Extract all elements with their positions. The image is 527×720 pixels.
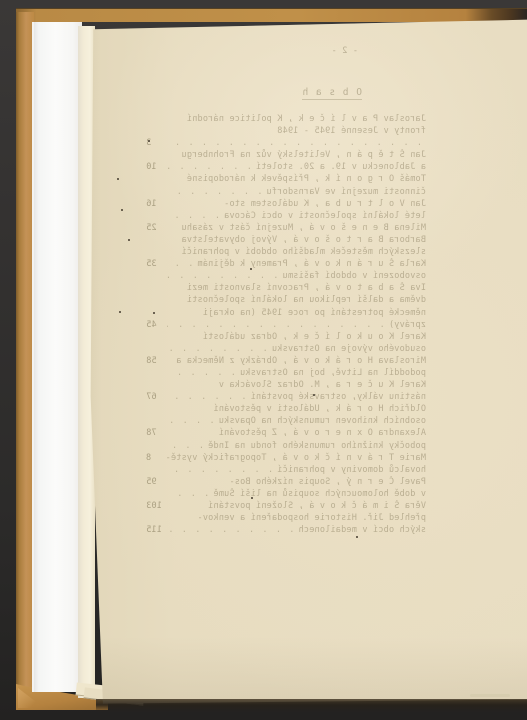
toc-entry-text: Karel K u č e r a , M. Odraz Slovácka v xyxy=(219,379,426,391)
toc-line: a Jablonecku v 19. a 20. století. . . . … xyxy=(146,161,426,173)
toc-entry-text: činnosti muzejní ve Varnsdorfu xyxy=(266,186,426,198)
toc-line: osobních knihoven rumunských na Opavsku.… xyxy=(146,415,426,427)
ink-speck xyxy=(148,140,150,142)
toc-line: nástinu války, ostravské povstání. . . .… xyxy=(146,391,426,403)
toc-entry-text: osobních knihoven rumunských na Opavsku xyxy=(219,415,426,427)
toc-line: zprávy). . . . . . . . . . . . . . . . .… xyxy=(146,319,426,331)
ink-speck xyxy=(153,312,155,314)
toc-line: pobočky knižního rumunského fondu na Ind… xyxy=(146,440,426,452)
toc-entry-text: německé potrestání po roce 1945 (na okra… xyxy=(203,307,426,319)
toc-entry-text: Jan V o l t r u b a , K událostem sto- xyxy=(224,198,426,210)
leader-dots: . . . . . . . . . . . . . . . . . . . . … xyxy=(167,210,220,222)
leader-dots: . . . . . . . . . . . . . . . . . . . . … xyxy=(167,186,262,198)
toc-entry-text: Oldřich H o r á k , Události v pěstování xyxy=(213,403,426,415)
leader-dots: . . . . . . . . . . . . . . . . . . . . … xyxy=(167,391,247,403)
toc-entry-text: Miroslava H o r á k o v á , Obrázky z Ně… xyxy=(176,355,426,367)
toc-line: Iva Š a b a t o v á , Pracovní slavnosti… xyxy=(146,282,426,294)
ink-speck xyxy=(356,536,358,538)
toc-entry-text: Barbora B a r t o š o v á , Vývoj obyvat… xyxy=(181,234,426,246)
bleedthrough-text-block: - 2 - O b s a h Jaroslav P a v l í č e k… xyxy=(146,46,426,536)
toc-entry-text: dvěma a další replikou na lokální společ… xyxy=(187,294,426,306)
toc-entry-text: přehled Jiř. Historie hospodaření a venk… xyxy=(197,512,426,524)
toc-line: Jan Š t ě p á n , Velitelský vůz na Froh… xyxy=(146,149,426,161)
ink-speck xyxy=(121,209,123,211)
toc-line: činnosti muzejní ve Varnsdorfu. . . . . … xyxy=(146,186,426,198)
toc-entry-text: hovalců domoviny v pohraničí xyxy=(277,464,426,476)
toc-page-number: 95 xyxy=(146,476,164,488)
toc-entry-text: Karel K o u k o l í č e k , Odraz událos… xyxy=(203,331,426,343)
toc-line: . . . . . . . . . . . . . . . . . . . . … xyxy=(146,137,426,149)
folio-page-number: - 2 - xyxy=(298,46,358,58)
toc-page-number: 25 xyxy=(146,222,164,234)
toc-page-number: 58 xyxy=(146,355,164,367)
toc-entry-text: v době holomoucných soupisů na liší Šumě xyxy=(213,488,426,500)
toc-line: Jaroslav P a v l í č e k , K politice ná… xyxy=(146,113,426,125)
book-cover-top-edge xyxy=(16,8,527,22)
toc-entry-text: Milena B e n e š o v á , Muzejní část v … xyxy=(181,222,426,234)
toc-line: Marie T r á v n í č k o v á , Topografic… xyxy=(146,452,426,464)
toc-page-number: 16 xyxy=(146,198,164,210)
toc-entry-text: fronty v Jesenné 1945 - 1948 xyxy=(277,125,426,137)
page-bottom-shadow xyxy=(96,699,527,712)
ink-speck xyxy=(119,311,121,313)
toc-page-number: 35 xyxy=(146,258,164,270)
toc-line: pododdíl na Litvě, boj na Ostravsku. . .… xyxy=(146,367,426,379)
toc-entry-text: Pavel Č e r n ý , Soupis nízkého Bos- xyxy=(229,476,426,488)
ink-speck xyxy=(251,497,253,499)
toc-line: Karla Š u r á n k o v á , Prameny k ději… xyxy=(146,258,426,270)
leader-dots: . . . . . . . . . . . . . . . . . . . . … xyxy=(167,367,236,379)
toc-line: Karel K o u k o l í č e k , Odraz událos… xyxy=(146,331,426,343)
toc-line: fronty v Jesenné 1945 - 1948. . . . . . … xyxy=(146,125,426,137)
leader-dots: . . . . . . . . . . . . . . . . . . . . … xyxy=(167,464,273,476)
toc-line: Alexandra O x n e r o v á , Z pěstování.… xyxy=(146,427,426,439)
toc-line: přehled Jiř. Historie hospodaření a venk… xyxy=(146,512,426,524)
toc-line: hovalců domoviny v pohraničí. . . . . . … xyxy=(146,464,426,476)
toc-line: Oldřich H o r á k , Události v pěstování… xyxy=(146,403,426,415)
toc-line-list: Jaroslav P a v l í č e k , K politice ná… xyxy=(146,113,426,536)
toc-entry-text: nástinu války, ostravské povstání xyxy=(251,391,426,403)
toc-entry-text: Karla Š u r á n k o v á , Prameny k ději… xyxy=(197,258,426,270)
toc-page-number: 3 xyxy=(146,137,164,149)
toc-entry-text: Tomáš O r g o n í k , Příspěvek k národo… xyxy=(187,173,426,185)
toc-line: Miroslava H o r á k o v á , Obrázky z Ně… xyxy=(146,355,426,367)
toc-page-number: 45 xyxy=(146,319,164,331)
contents-heading: O b s a h xyxy=(302,87,362,100)
toc-page-number: 67 xyxy=(146,391,164,403)
toc-page-number: 10 xyxy=(146,161,164,173)
toc-page-number: 103 xyxy=(146,500,164,512)
toc-page-number: 89 xyxy=(146,452,158,464)
toc-line: Jan V o l t r u b a , K událostem sto-. … xyxy=(146,198,426,210)
toc-page-number: 78 xyxy=(146,427,164,439)
toc-entry-text: Věra Š i m á č k o v á , Složení povstán… xyxy=(208,500,426,512)
page-bottom-edge-highlight xyxy=(470,694,510,697)
leader-dots: . . . . . . . . . . . . . . . . . . . . … xyxy=(167,415,215,427)
toc-entry-text: osvobození v období fašismu xyxy=(282,270,426,282)
toc-entry-text: zprávy) xyxy=(389,319,426,331)
toc-page-number: 115 xyxy=(146,524,164,536)
toc-line: Věra Š i m á č k o v á , Složení povstán… xyxy=(146,500,426,512)
toc-line: německé potrestání po roce 1945 (na okra… xyxy=(146,307,426,319)
toc-entry-text: slezských městeček mladšího období v poh… xyxy=(181,246,426,258)
ink-speck xyxy=(250,268,252,270)
white-flyleaf-page-edge xyxy=(32,22,82,692)
scanned-book-photo: - 2 - O b s a h Jaroslav P a v l í č e k… xyxy=(0,0,527,720)
toc-entry-text: Jan Š t ě p á n , Velitelský vůz na Froh… xyxy=(181,149,426,161)
ink-speck xyxy=(128,239,130,241)
toc-line: slezských městeček mladšího období v poh… xyxy=(146,246,426,258)
leader-dots: . . . . . . . . . . . . . . . . . . . . … xyxy=(167,137,422,149)
toc-line: Barbora B a r t o š o v á , Vývoj obyvat… xyxy=(146,234,426,246)
leader-dots: . . . . . . . . . . . . . . . . . . . . … xyxy=(167,161,252,173)
toc-line: leté lokální společnosti v obci Cácova. … xyxy=(146,210,426,222)
toc-line: Tomáš O r g o n í k , Příspěvek k národo… xyxy=(146,173,426,185)
toc-entry-text: a Jablonecku v 19. a 20. století xyxy=(256,161,426,173)
toc-entry-text: Alexandra O x n e r o v á , Z pěstování xyxy=(219,427,426,439)
leader-dots: . . . . . . . . . . . . . . . . . . . . … xyxy=(167,319,385,331)
toc-line: Pavel Č e r n ý , Soupis nízkého Bos-. .… xyxy=(146,476,426,488)
toc-line: Milena B e n e š o v á , Muzejní část v … xyxy=(146,222,426,234)
toc-entry-text: leté lokální společnosti v obci Cácova xyxy=(224,210,426,222)
toc-line: Karel K u č e r a , M. Odraz Slovácka v.… xyxy=(146,379,426,391)
toc-entry-text: Marie T r á v n í č k o v á , Topografic… xyxy=(165,452,426,464)
toc-entry-text: Jaroslav P a v l í č e k , K politice ná… xyxy=(187,113,426,125)
ink-speck xyxy=(313,394,315,396)
contents-heading-row: O b s a h xyxy=(146,87,362,101)
ink-speck xyxy=(117,178,119,180)
toc-line: ských obcí v medailonech. . . . . . . . … xyxy=(146,524,426,536)
toc-line: osvobození v období fašismu. . . . . . .… xyxy=(146,270,426,282)
toc-line: dvěma a další replikou na lokální společ… xyxy=(146,294,426,306)
leader-dots: . . . . . . . . . . . . . . . . . . . . … xyxy=(167,440,204,452)
toc-entry-text: Iva Š a b a t o v á , Pracovní slavnosti… xyxy=(187,282,426,294)
leader-dots: . . . . . . . . . . . . . . . . . . . . … xyxy=(167,343,268,355)
leader-dots: . . . . . . . . . . . . . . . . . . . . … xyxy=(167,524,294,536)
leader-dots: . . . . . . . . . . . . . . . . . . . . … xyxy=(167,488,209,500)
toc-line: v době holomoucných soupisů na liší Šumě… xyxy=(146,488,426,500)
leader-dots: . . . . . . . . . . . . . . . . . . . . … xyxy=(167,258,193,270)
leader-dots: . . . . . . . . . . . . . . . . . . . . … xyxy=(167,270,278,282)
toc-entry-text: ských obcí v medailonech xyxy=(298,524,426,536)
toc-line: osudového vývoje na Ostravsku. . . . . .… xyxy=(146,343,426,355)
toc-entry-text: pododdíl na Litvě, boj na Ostravsku xyxy=(240,367,426,379)
toc-entry-text: pobočky knižního rumunského fondu na Ind… xyxy=(208,440,426,452)
toc-entry-text: osudového vývoje na Ostravsku xyxy=(272,343,426,355)
